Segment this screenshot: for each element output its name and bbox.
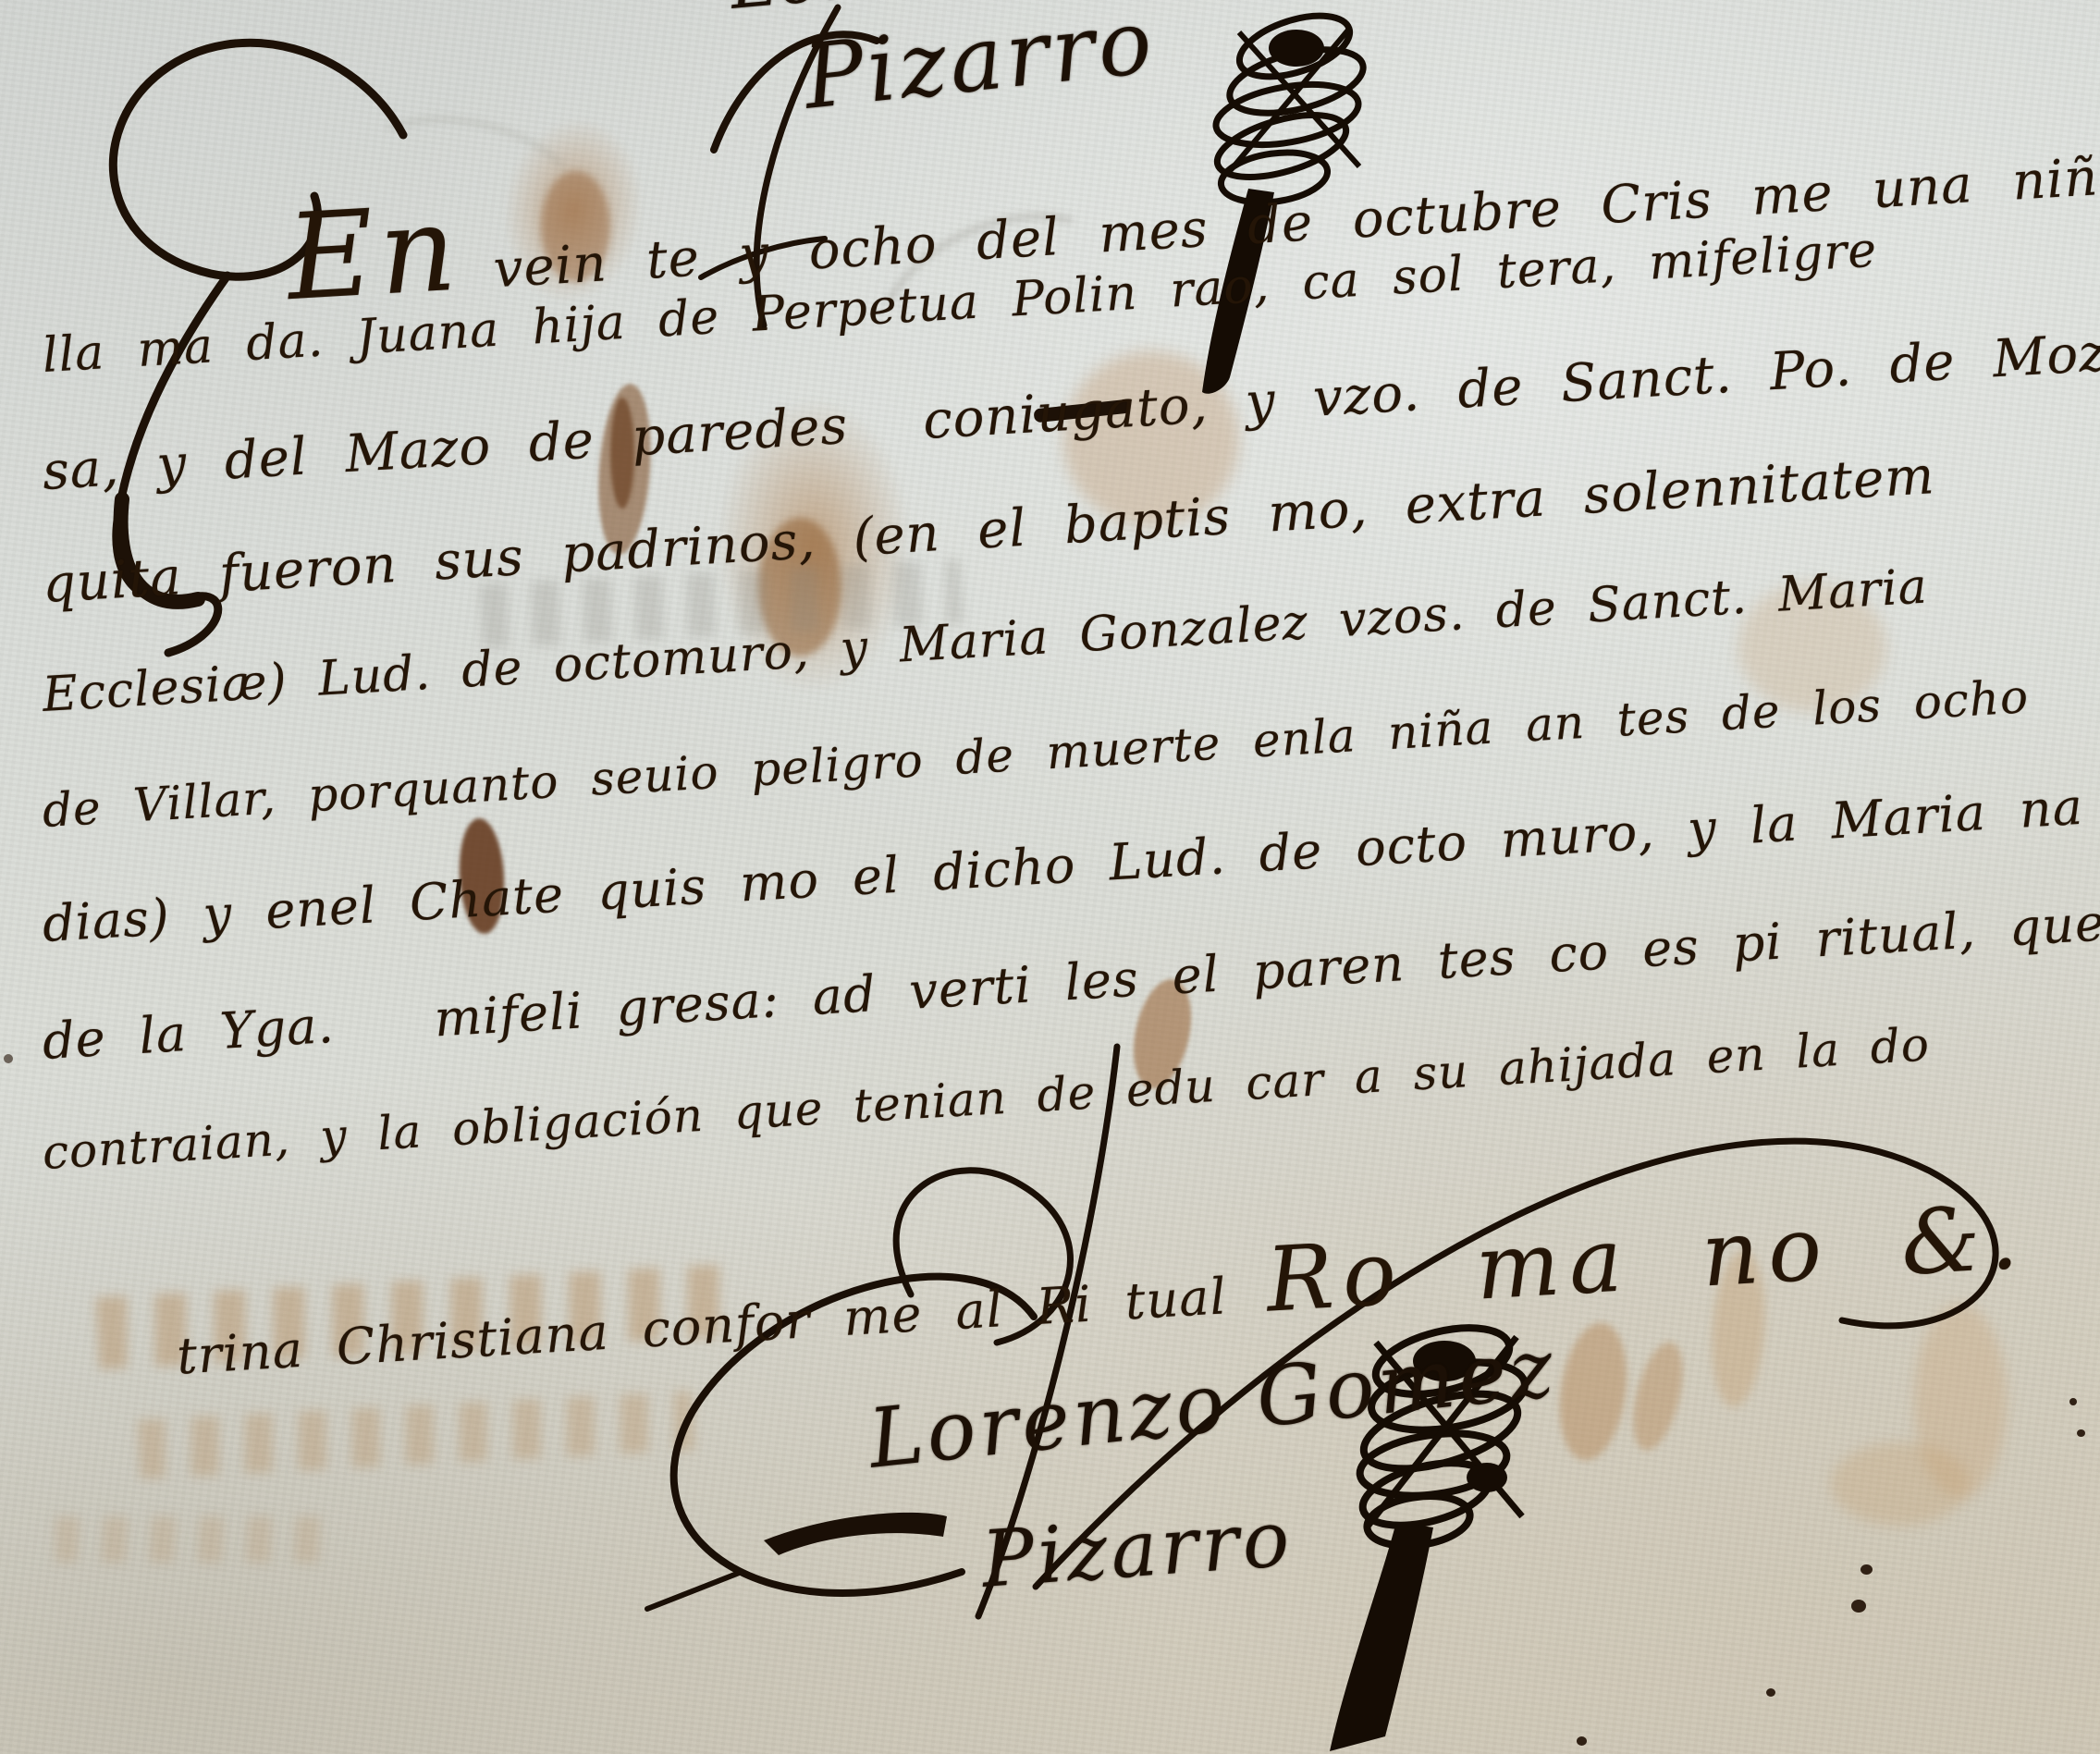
closing-phrase: Ro ma no &. (1263, 1184, 2030, 1331)
manuscript-photo: Lorenzo Gomez Pizarro Envein te y ocho d… (0, 0, 2100, 1754)
